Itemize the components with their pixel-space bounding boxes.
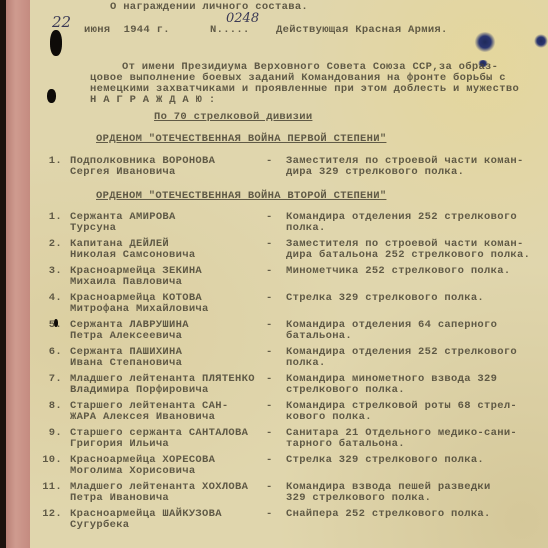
entry-position-cont: стрелкового полка.	[286, 385, 405, 396]
entry-separator: -	[266, 239, 273, 250]
punch-hole	[47, 89, 56, 103]
entry-given-names: Сергея Ивановича	[70, 167, 176, 178]
entry-separator: -	[266, 320, 273, 331]
handwritten-date-day: 22	[52, 13, 71, 31]
entry-given-names: Петра Ивановича	[70, 493, 169, 504]
order-section-title: ОРДЕНОМ "ОТЕЧЕСТВЕННАЯ ВОЙНА ВТОРОЙ СТЕП…	[96, 191, 386, 202]
entry-number: 11.	[38, 482, 62, 493]
entry-number: 10.	[38, 455, 62, 466]
entry-given-names: Петра Алексеевича	[70, 331, 182, 342]
entry-number: 4.	[38, 293, 62, 304]
entry-number: 2.	[38, 239, 62, 250]
entry-position-cont: тарного батальона.	[286, 439, 405, 450]
entry-number: 8.	[38, 401, 62, 412]
document-date: июня 1944 г.	[84, 25, 170, 36]
entry-number: 1.	[38, 212, 62, 223]
entry-position-cont: 329 стрелкового полка.	[286, 493, 431, 504]
entry-separator: -	[266, 156, 273, 167]
entry-separator: -	[266, 347, 273, 358]
entry-position: Снайпера 252 стрелкового полка.	[286, 509, 491, 520]
entry-position-cont: дира 329 стрелкового полка.	[286, 167, 464, 178]
entry-given-names: Митрофана Михайловича	[70, 304, 209, 315]
entry-position: Стрелка 329 стрелкового полка.	[286, 455, 484, 466]
entry-position-cont: полка.	[286, 223, 326, 234]
entry-number: 7.	[38, 374, 62, 385]
entry-separator: -	[266, 293, 273, 304]
entry-number: 5.	[38, 320, 62, 331]
entry-given-names: Григория Ильича	[70, 439, 169, 450]
entry-given-names: Владимира Порфировича	[70, 385, 209, 396]
entry-separator: -	[266, 212, 273, 223]
ink-blot	[474, 32, 496, 52]
entry-given-names: Турсуна	[70, 223, 116, 234]
ink-blot	[534, 34, 548, 48]
division-heading: По 70 стрелковой дивизии	[154, 112, 312, 123]
entry-number: 6.	[38, 347, 62, 358]
entry-given-names: Михаила Павловича	[70, 277, 182, 288]
entry-position-cont: кового полка.	[286, 412, 372, 423]
entry-position: Стрелка 329 стрелкового полка.	[286, 293, 484, 304]
entry-given-names: ЖАРА Алексея Ивановича	[70, 412, 215, 423]
entry-given-names: Моголима Хорисовича	[70, 466, 195, 477]
entry-position-cont: полка.	[286, 358, 326, 369]
entry-separator: -	[266, 401, 273, 412]
entry-separator: -	[266, 374, 273, 385]
entry-position-cont: батальона.	[286, 331, 352, 342]
entry-separator: -	[266, 482, 273, 493]
document-number-label: N.....	[210, 25, 250, 36]
entry-given-names: Ивана Степановича	[70, 358, 182, 369]
handwritten-document-number: 0248	[226, 11, 259, 26]
punch-hole	[50, 30, 62, 56]
entry-position-cont: дира батальона 252 стрелкового полка.	[286, 250, 530, 261]
entry-given-names: Николая Самсоновича	[70, 250, 195, 261]
award-verb: Н А Г Р А Ж Д А Ю :	[90, 95, 215, 106]
order-section-title: ОРДЕНОМ "ОТЕЧЕСТВЕННАЯ ВОЙНА ПЕРВОЙ СТЕП…	[96, 134, 386, 145]
entry-number: 1.	[38, 156, 62, 167]
entry-number: 3.	[38, 266, 62, 277]
entry-separator: -	[266, 509, 273, 520]
entry-separator: -	[266, 428, 273, 439]
entry-position: Минометчика 252 стрелкового полка.	[286, 266, 510, 277]
entry-number: 9.	[38, 428, 62, 439]
entry-separator: -	[266, 455, 273, 466]
document-subject: О награждении личного состава.	[110, 2, 308, 13]
paper-margin-strip	[6, 0, 30, 548]
entry-given-names: Сугурбека	[70, 520, 129, 531]
entry-separator: -	[266, 266, 273, 277]
entry-number: 12.	[38, 509, 62, 520]
army-designation: Действующая Красная Армия.	[276, 25, 448, 36]
